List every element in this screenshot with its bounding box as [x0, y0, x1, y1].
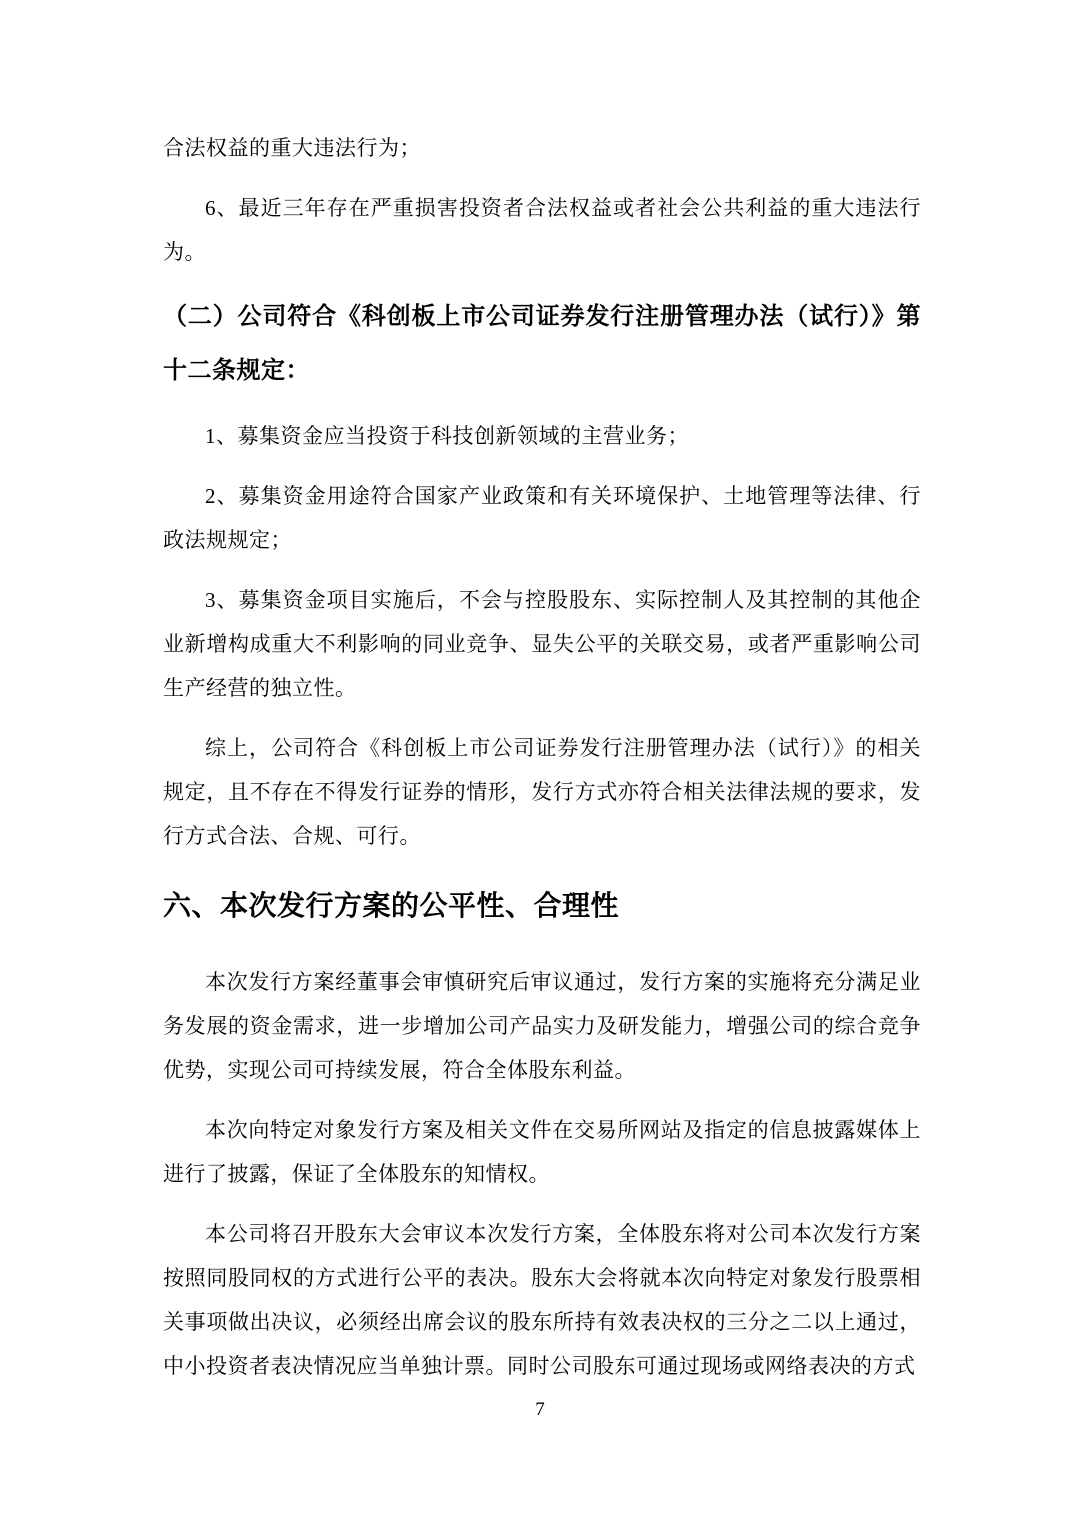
section-heading-6: 六、本次发行方案的公平性、合理性	[163, 886, 921, 926]
paragraph-fairness-1: 本次发行方案经董事会审慎研究后审议通过，发行方案的实施将充分满足业务发展的资金需…	[163, 960, 921, 1092]
document-page: 合法权益的重大违法行为； 6、最近三年存在严重损害投资者合法权益或者社会公共利益…	[0, 0, 1080, 1528]
paragraph-continuation: 合法权益的重大违法行为；	[163, 126, 921, 170]
paragraph-fairness-2: 本次向特定对象发行方案及相关文件在交易所网站及指定的信息披露媒体上进行了披露，保…	[163, 1108, 921, 1196]
paragraph-item-2: 2、募集资金用途符合国家产业政策和有关环境保护、土地管理等法律、行政法规规定；	[163, 474, 921, 562]
section-heading-2: （二）公司符合《科创板上市公司证券发行注册管理办法（试行）》第十二条规定：	[163, 290, 921, 398]
page-number: 7	[0, 1398, 1080, 1422]
paragraph-summary: 综上，公司符合《科创板上市公司证券发行注册管理办法（试行）》的相关规定，且不存在…	[163, 726, 921, 858]
paragraph-fairness-3: 本公司将召开股东大会审议本次发行方案，全体股东将对公司本次发行方案按照同股同权的…	[163, 1212, 921, 1388]
paragraph-item-3: 3、募集资金项目实施后，不会与控股股东、实际控制人及其控制的其他企业新增构成重大…	[163, 578, 921, 710]
document-content: 合法权益的重大违法行为； 6、最近三年存在严重损害投资者合法权益或者社会公共利益…	[163, 126, 921, 1404]
paragraph-item-6: 6、最近三年存在严重损害投资者合法权益或者社会公共利益的重大违法行为。	[163, 186, 921, 274]
paragraph-item-1: 1、募集资金应当投资于科技创新领域的主营业务；	[163, 414, 921, 458]
